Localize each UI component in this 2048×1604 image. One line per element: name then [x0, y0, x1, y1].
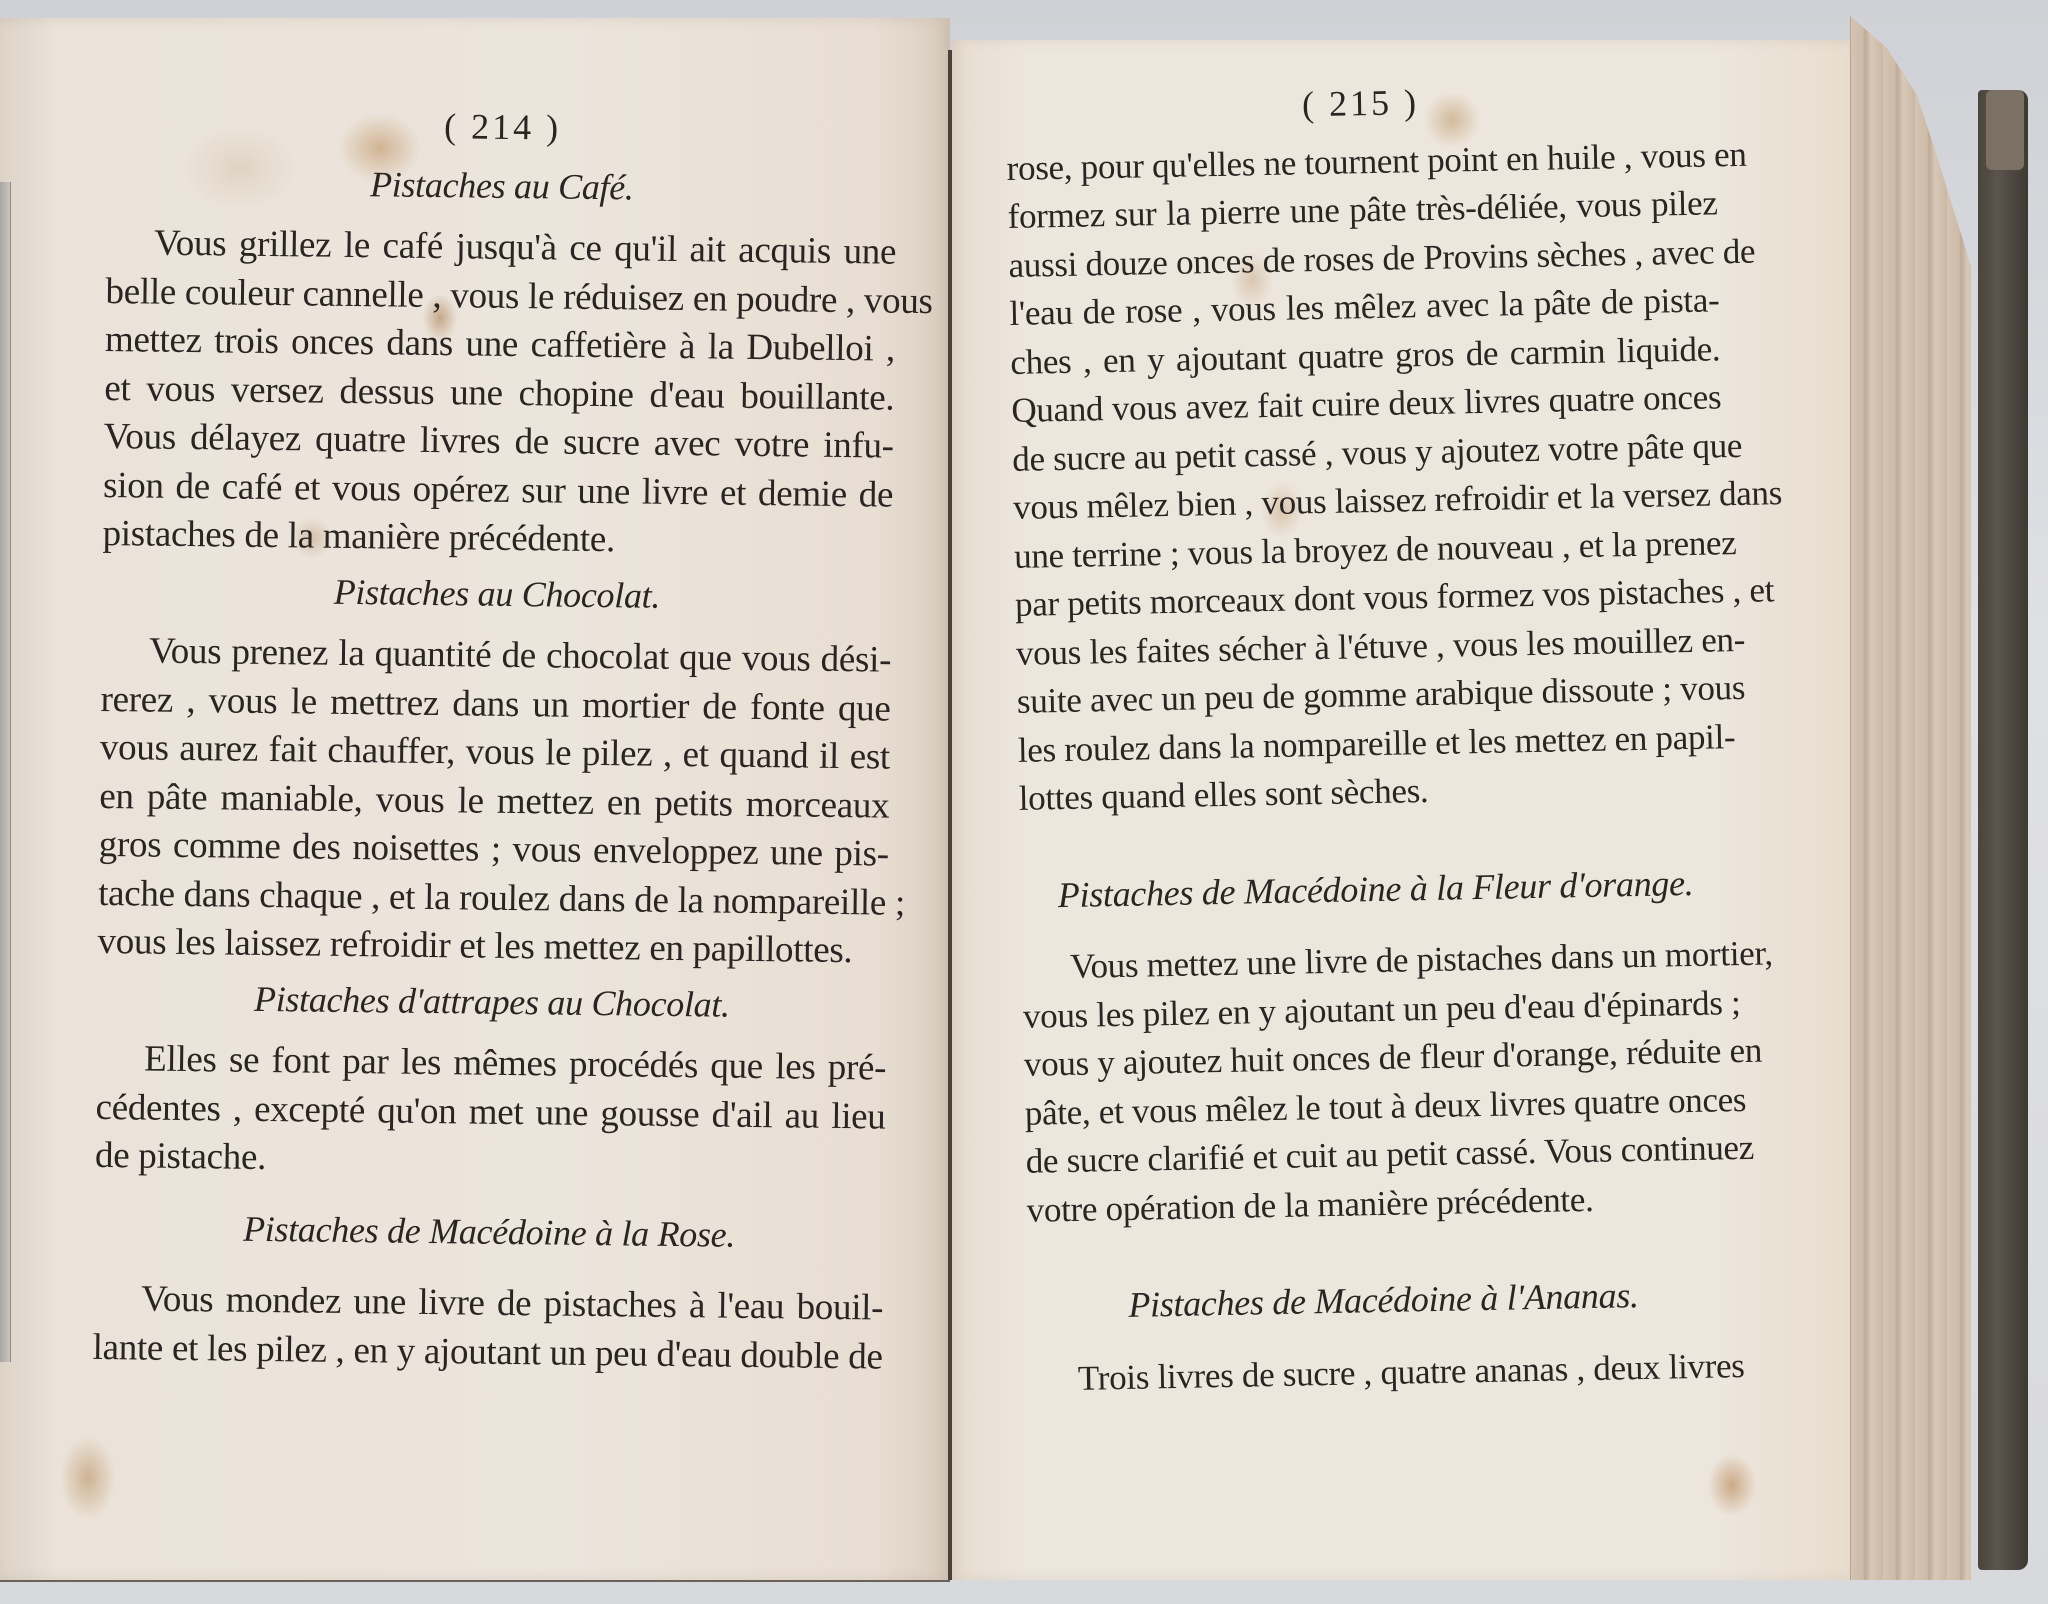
- text-line: pistaches de la manière précédente.: [102, 510, 893, 568]
- text-line: Vous prenez la quantité de chocolat que …: [101, 627, 892, 685]
- text-line: gros comme des noisettes ; vous envelopp…: [99, 821, 890, 879]
- book-cover: [1978, 90, 2028, 1570]
- text-line: Vous mondez une livre de pistaches à l'e…: [93, 1275, 884, 1333]
- section-heading: Pistaches de Macédoine à la Rose.: [94, 1202, 885, 1260]
- left-page-edge: [0, 182, 11, 1362]
- paragraph: rose, pour qu'elles ne tournent point en…: [1006, 131, 1729, 824]
- page-number: ( 215 ): [1005, 72, 1716, 134]
- section-heading: Pistaches de Macédoine à la Fleur d'oran…: [1020, 858, 1731, 920]
- text-line: mettez trois onces dans une caffetière à…: [105, 316, 896, 374]
- text-line: vous les laissez refroidir et les mettez…: [97, 918, 888, 976]
- page-number: ( 214 ): [107, 98, 898, 156]
- paragraph: Vous grillez le café jusqu'à ce qu'il ai…: [102, 219, 896, 568]
- paragraph: Vous prenez la quantité de chocolat que …: [97, 627, 891, 976]
- open-book: ( 214 ) Pistaches au Café. Vous grillez …: [0, 0, 2048, 1604]
- paragraph: Elles se font par les mêmes procédés que…: [95, 1035, 887, 1190]
- section-heading: Pistaches d'attrapes au Chocolat.: [97, 972, 888, 1030]
- section-heading: Pistaches au Chocolat.: [102, 564, 893, 622]
- text-line: Vous grillez le café jusqu'à ce qu'il ai…: [106, 219, 897, 277]
- page-stack-edge: [1850, 16, 1971, 1580]
- text-line: Vous délayez quatre livres de sucre avec…: [103, 413, 894, 471]
- book-gutter: [948, 50, 952, 1580]
- section-heading: Pistaches de Macédoine à l'Ananas.: [1028, 1269, 1739, 1331]
- paragraph: Vous mondez une livre de pistaches à l'e…: [92, 1275, 883, 1382]
- section-heading: Pistaches au Café.: [107, 156, 898, 214]
- text-line: de pistache.: [95, 1132, 886, 1190]
- left-page-text: ( 214 ) Pistaches au Café. Vous grillez …: [92, 92, 898, 1388]
- right-page-text: ( 215 ) rose, pour qu'elles ne tournent …: [1005, 66, 1740, 1409]
- text-line: Elles se font par les mêmes procédés que…: [96, 1035, 887, 1093]
- text-line: vous aurez fait chauffer, vous le pilez …: [100, 724, 891, 782]
- paragraph: Vous mettez une livre de pistaches dans …: [1022, 930, 1737, 1235]
- book-cover-corner: [1986, 90, 2024, 170]
- text-line: lante et les pilez , en y ajoutant un pe…: [92, 1323, 883, 1381]
